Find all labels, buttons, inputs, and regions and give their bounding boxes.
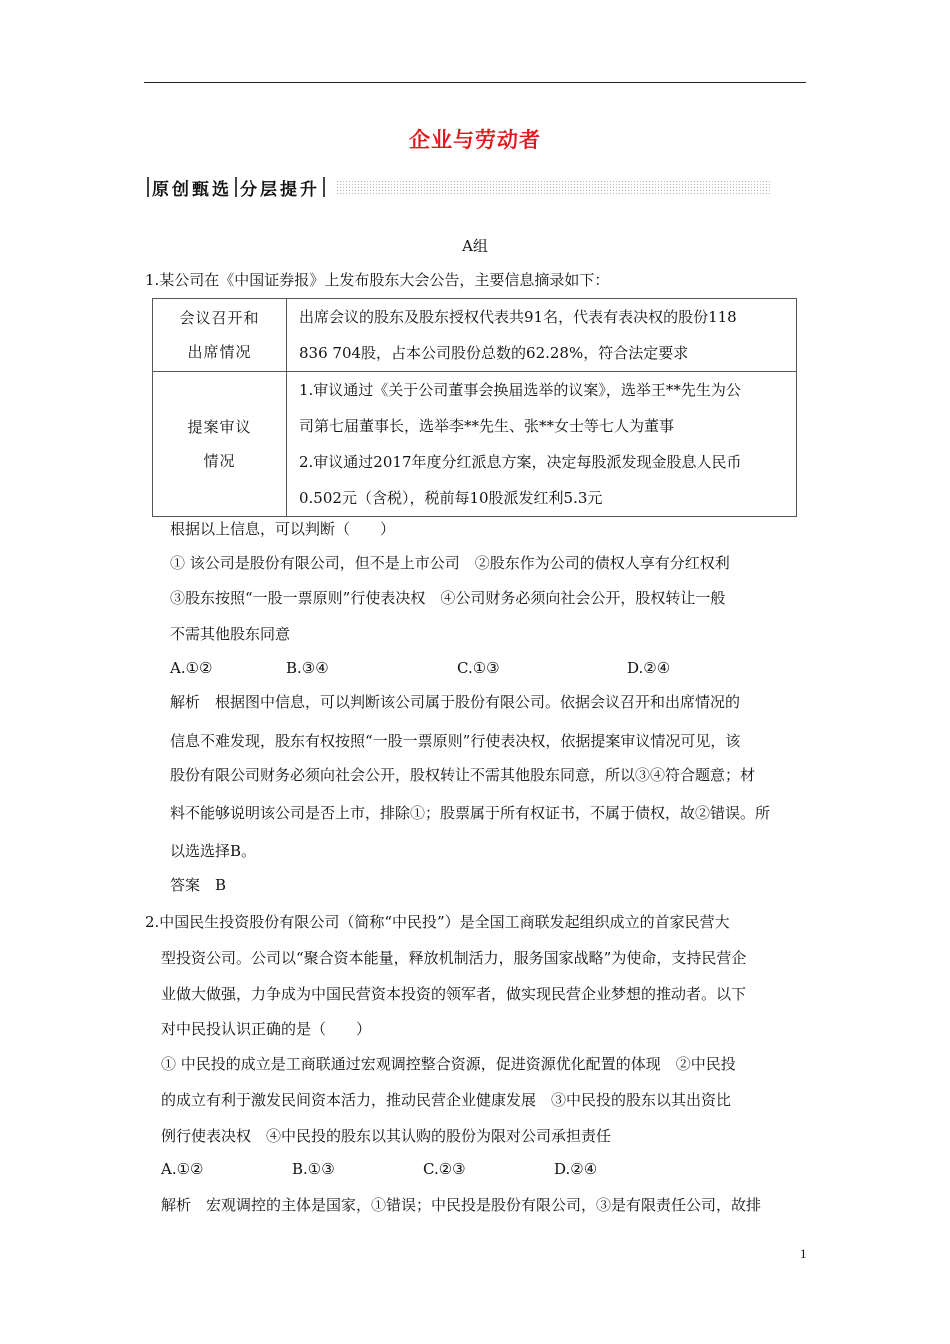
q1-analysis-line: 以选选择B。 — [170, 841, 256, 861]
table-value-cell: 出席会议的股东及股东授权代表共91名，代表有表决权的股份118 836 704股… — [287, 299, 797, 372]
q2-stem-line: 2.中国民生投资股份有限公司（简称“中民投”）是全国工商联发起组织成立的首家民营… — [145, 912, 730, 932]
q2-statement-line: 的成立有利于激发民间资本活力，推动民营企业健康发展 ③中民投的股东以其出资比 — [161, 1090, 731, 1110]
cell-text: 提案审议 — [153, 410, 286, 444]
section-banner: 原创甄选 分层提升 — [144, 176, 770, 198]
q1-info-table: 会议召开和 出席情况 出席会议的股东及股东授权代表共91名，代表有表决权的股份1… — [152, 298, 797, 517]
q1-answer: 答案 B — [170, 875, 226, 895]
group-label: A组 — [0, 235, 950, 256]
q2-analysis: 解析 宏观调控的主体是国家，①错误；中民投是股份有限公司，③是有限责任公司，故排 — [161, 1195, 761, 1215]
page-number: 1 — [800, 1246, 807, 1262]
page-title: 企业与劳动者 — [0, 124, 950, 154]
table-label-cell: 提案审议 情况 — [153, 372, 287, 517]
banner-label-1: 原创甄选 — [152, 175, 232, 200]
q2-options: A.①② B.①③ C.②③ D.②④ — [161, 1160, 597, 1178]
banner-dot-pattern — [336, 180, 770, 194]
q2-statement-line: 例行使表决权 ④中民投的股东以其认购的股份为限对公司承担责任 — [161, 1126, 611, 1146]
banner-divider — [323, 177, 325, 197]
q2-option-c[interactable]: C.②③ — [423, 1160, 554, 1178]
table-label-cell: 会议召开和 出席情况 — [153, 299, 287, 372]
q1-statement-line: ③股东按照“一股一票原则”行使表决权 ④公司财务必须向社会公开，股权转让一般 — [170, 588, 725, 608]
q2-option-b[interactable]: B.①③ — [292, 1160, 423, 1178]
cell-text: 2.审议通过2017年度分红派息方案，决定每股派发现金股息人民币 — [299, 444, 796, 480]
q1-options: A.①② B.③④ C.①③ D.②④ — [170, 659, 670, 677]
cell-text: 出席会议的股东及股东授权代表共91名，代表有表决权的股份118 — [299, 299, 796, 335]
q1-option-a[interactable]: A.①② — [170, 659, 286, 677]
q1-option-d[interactable]: D.②④ — [627, 659, 670, 677]
header-rule — [144, 82, 806, 83]
q1-analysis-line: 解析 根据图中信息，可以判断该公司属于股份有限公司。依据会议召开和出席情况的 — [170, 692, 740, 712]
q1-analysis-line: 信息不难发现，股东有权按照“一股一票原则”行使表决权，依据提案审议情况可见，该 — [170, 731, 740, 751]
table-row: 提案审议 情况 1.审议通过《关于公司董事会换届选举的议案》，选举王**先生为公… — [153, 372, 797, 517]
q1-option-c[interactable]: C.①③ — [457, 659, 627, 677]
cell-text: 情况 — [153, 444, 286, 478]
q2-stem-line: 对中民投认识正确的是（ ） — [161, 1019, 371, 1039]
q2-option-d[interactable]: D.②④ — [554, 1160, 597, 1178]
banner-divider — [147, 177, 149, 197]
table-row: 会议召开和 出席情况 出席会议的股东及股东授权代表共91名，代表有表决权的股份1… — [153, 299, 797, 372]
cell-text: 1.审议通过《关于公司董事会换届选举的议案》，选举王**先生为公 — [299, 372, 796, 408]
q2-option-a[interactable]: A.①② — [161, 1160, 292, 1178]
cell-text: 0.502元（含税），税前每10股派发红利5.3元 — [299, 480, 796, 516]
q1-statement-line: ① 该公司是股份有限公司，但不是上市公司 ②股东作为公司的债权人享有分红权利 — [170, 553, 730, 573]
cell-text: 出席情况 — [153, 335, 286, 369]
q2-statement-line: ① 中民投的成立是工商联通过宏观调控整合资源，促进资源优化配置的体现 ②中民投 — [161, 1054, 736, 1074]
q1-analysis-line: 股份有限公司财务必须向社会公开，股权转让不需其他股东同意，所以③④符合题意；材 — [170, 765, 755, 785]
cell-text: 司第七届董事长，选举李**先生、张**女士等七人为董事 — [299, 408, 796, 444]
q1-stem: 1.某公司在《中国证券报》上发布股东大会公告，主要信息摘录如下： — [145, 270, 609, 290]
q1-analysis-line: 料不能够说明该公司是否上市，排除①；股票属于所有权证书，不属于债权，故②错误。所 — [170, 803, 770, 823]
cell-text: 会议召开和 — [153, 301, 286, 335]
q1-prompt: 根据以上信息，可以判断（ ） — [170, 519, 395, 539]
table-value-cell: 1.审议通过《关于公司董事会换届选举的议案》，选举王**先生为公 司第七届董事长… — [287, 372, 797, 517]
banner-divider — [235, 177, 237, 197]
banner-label-2: 分层提升 — [240, 175, 320, 200]
q1-option-b[interactable]: B.③④ — [286, 659, 457, 677]
cell-text: 836 704股，占本公司股份总数的62.28%，符合法定要求 — [299, 335, 796, 371]
q1-statement-line: 不需其他股东同意 — [170, 624, 290, 644]
q2-stem-line: 型投资公司。公司以“聚合资本能量，释放机制活力，服务国家战略”为使命，支持民营企 — [161, 948, 746, 968]
q2-stem-line: 业做大做强，力争成为中国民营资本投资的领军者，做实现民营企业梦想的推动者。以下 — [161, 984, 746, 1004]
